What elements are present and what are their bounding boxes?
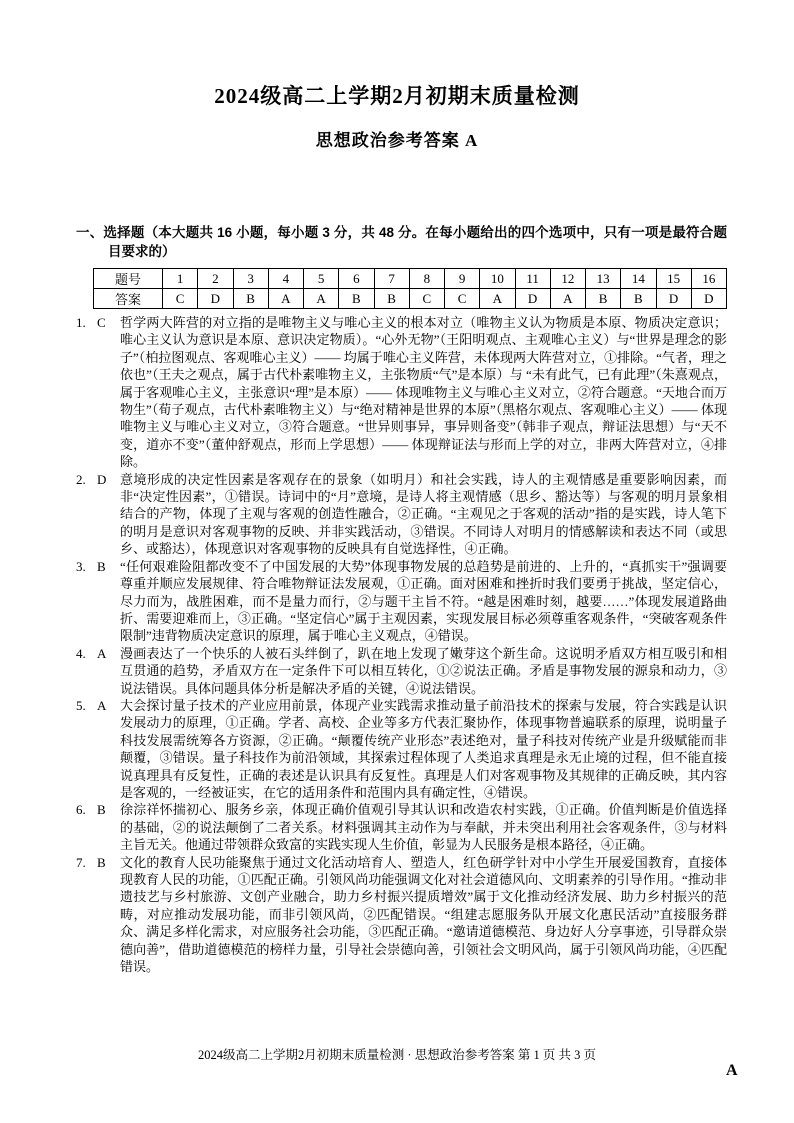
answer-cell: C	[163, 289, 198, 309]
section-heading: 一、选择题（本大题共 16 小题，每小题 3 分，共 48 分。在每小题给出的四…	[76, 223, 727, 261]
document-title: 2024级高二上学期2月初期末质量检测	[0, 0, 794, 110]
answer-cell: B	[339, 289, 374, 309]
explanation-text: “任何艰难险阻都改变不了中国发展的大势”体现事物发展的总趋势是前进的、上升的，“…	[120, 558, 727, 645]
explanation-item: 6.B徐淙祥怀揣初心、服务乡亲，体现正确价值观引导其认识和改造农村实践，①正确。…	[76, 801, 727, 853]
question-number-cell: 11	[515, 269, 550, 289]
question-number-cell: 1	[163, 269, 198, 289]
answer-cell: C	[409, 289, 444, 309]
question-number-cell: 10	[480, 269, 515, 289]
question-number: 5.	[76, 697, 97, 801]
question-number-row-label: 题号	[94, 269, 163, 289]
explanation-item: 3.B“任何艰难险阻都改变不了中国发展的大势”体现事物发展的总趋势是前进的、上升…	[76, 558, 727, 645]
question-number-cell: 12	[550, 269, 585, 289]
document-subtitle: 思想政治参考答案 A	[0, 126, 794, 151]
question-number: 4.	[76, 645, 97, 697]
question-number-cell: 14	[621, 269, 656, 289]
answer-letter: D	[97, 471, 120, 558]
answer-cell: B	[374, 289, 409, 309]
question-number-cell: 16	[691, 269, 726, 289]
answer-cell: D	[515, 289, 550, 309]
question-number-cell: 3	[233, 269, 268, 289]
question-number: 3.	[76, 558, 97, 645]
explanation-text: 徐淙祥怀揣初心、服务乡亲，体现正确价值观引导其认识和改造农村实践，①正确。价值判…	[120, 801, 727, 853]
explanation-item: 4.A漫画表达了一个快乐的人被石头绊倒了，趴在地上发现了嫩芽这个新生命。这说明矛…	[76, 645, 727, 697]
answer-row-label: 答案	[94, 289, 163, 309]
question-number-row: 题号 12345678910111213141516	[94, 269, 727, 289]
explanation-text: 文化的教育人民功能聚焦于通过文化活动培育人、塑造人，红色研学针对中小学生开展爱国…	[120, 854, 727, 976]
question-number-cell: 2	[198, 269, 233, 289]
explanation-text: 漫画表达了一个快乐的人被石头绊倒了，趴在地上发现了嫩芽这个新生命。这说明矛盾双方…	[120, 645, 727, 697]
explanation-item: 1.C哲学两大阵营的对立指的是唯物主义与唯心主义的根本对立（唯物主义认为物质是本…	[76, 314, 727, 471]
answer-letter: B	[97, 854, 120, 976]
question-number: 2.	[76, 471, 97, 558]
answer-letter: B	[97, 801, 120, 853]
answer-cell: A	[550, 289, 585, 309]
explanation-text: 大会探讨量子技术的产业应用前景，体现产业实践需求推动量子前沿技术的探索与发展，符…	[120, 697, 727, 801]
question-number-cell: 4	[268, 269, 303, 289]
answer-cell: D	[656, 289, 691, 309]
question-number-cell: 9	[445, 269, 480, 289]
document-content: 一、选择题（本大题共 16 小题，每小题 3 分，共 48 分。在每小题给出的四…	[0, 223, 794, 975]
explanation-text: 哲学两大阵营的对立指的是唯物主义与唯心主义的根本对立（唯物主义认为物质是本原、物…	[120, 314, 727, 471]
explanation-item: 5.A大会探讨量子技术的产业应用前景，体现产业实践需求推动量子前沿技术的探索与发…	[76, 697, 727, 801]
question-number: 1.	[76, 314, 97, 471]
answer-letter: A	[97, 697, 120, 801]
question-number-cell: 8	[409, 269, 444, 289]
document-page: 2024级高二上学期2月初期末质量检测 思想政治参考答案 A 一、选择题（本大题…	[0, 0, 794, 1123]
explanation-list: 1.C哲学两大阵营的对立指的是唯物主义与唯心主义的根本对立（唯物主义认为物质是本…	[76, 314, 727, 975]
answer-letter: A	[97, 645, 120, 697]
answer-cell: B	[621, 289, 656, 309]
explanation-item: 7.B文化的教育人民功能聚焦于通过文化活动培育人、塑造人，红色研学针对中小学生开…	[76, 854, 727, 976]
answer-cell: A	[304, 289, 339, 309]
answer-table: 题号 12345678910111213141516 答案 CDBAABBCCA…	[93, 268, 727, 309]
answer-cell: A	[268, 289, 303, 309]
answer-row: 答案 CDBAABBCCADABBDD	[94, 289, 727, 309]
question-number-cell: 13	[586, 269, 621, 289]
answer-cell: B	[586, 289, 621, 309]
page-footer: 2024级高二上学期2月初期末质量检测 · 思想政治参考答案 第 1 页 共 3…	[0, 1045, 794, 1063]
explanation-item: 2.D意境形成的决定性因素是客观存在的景象（如明月）和社会实践，诗人的主观情感是…	[76, 471, 727, 558]
answer-cell: D	[198, 289, 233, 309]
question-number-cell: 5	[304, 269, 339, 289]
question-number: 7.	[76, 854, 97, 976]
question-number-cell: 7	[374, 269, 409, 289]
answer-cell: C	[445, 289, 480, 309]
answer-cell: D	[691, 289, 726, 309]
answer-cell: B	[233, 289, 268, 309]
answer-letter: C	[97, 314, 120, 471]
version-marker: A	[726, 1062, 738, 1080]
answer-cell: A	[480, 289, 515, 309]
question-number-cell: 15	[656, 269, 691, 289]
question-number: 6.	[76, 801, 97, 853]
explanation-text: 意境形成的决定性因素是客观存在的景象（如明月）和社会实践，诗人的主观情感是重要影…	[120, 471, 727, 558]
question-number-cell: 6	[339, 269, 374, 289]
answer-letter: B	[97, 558, 120, 645]
